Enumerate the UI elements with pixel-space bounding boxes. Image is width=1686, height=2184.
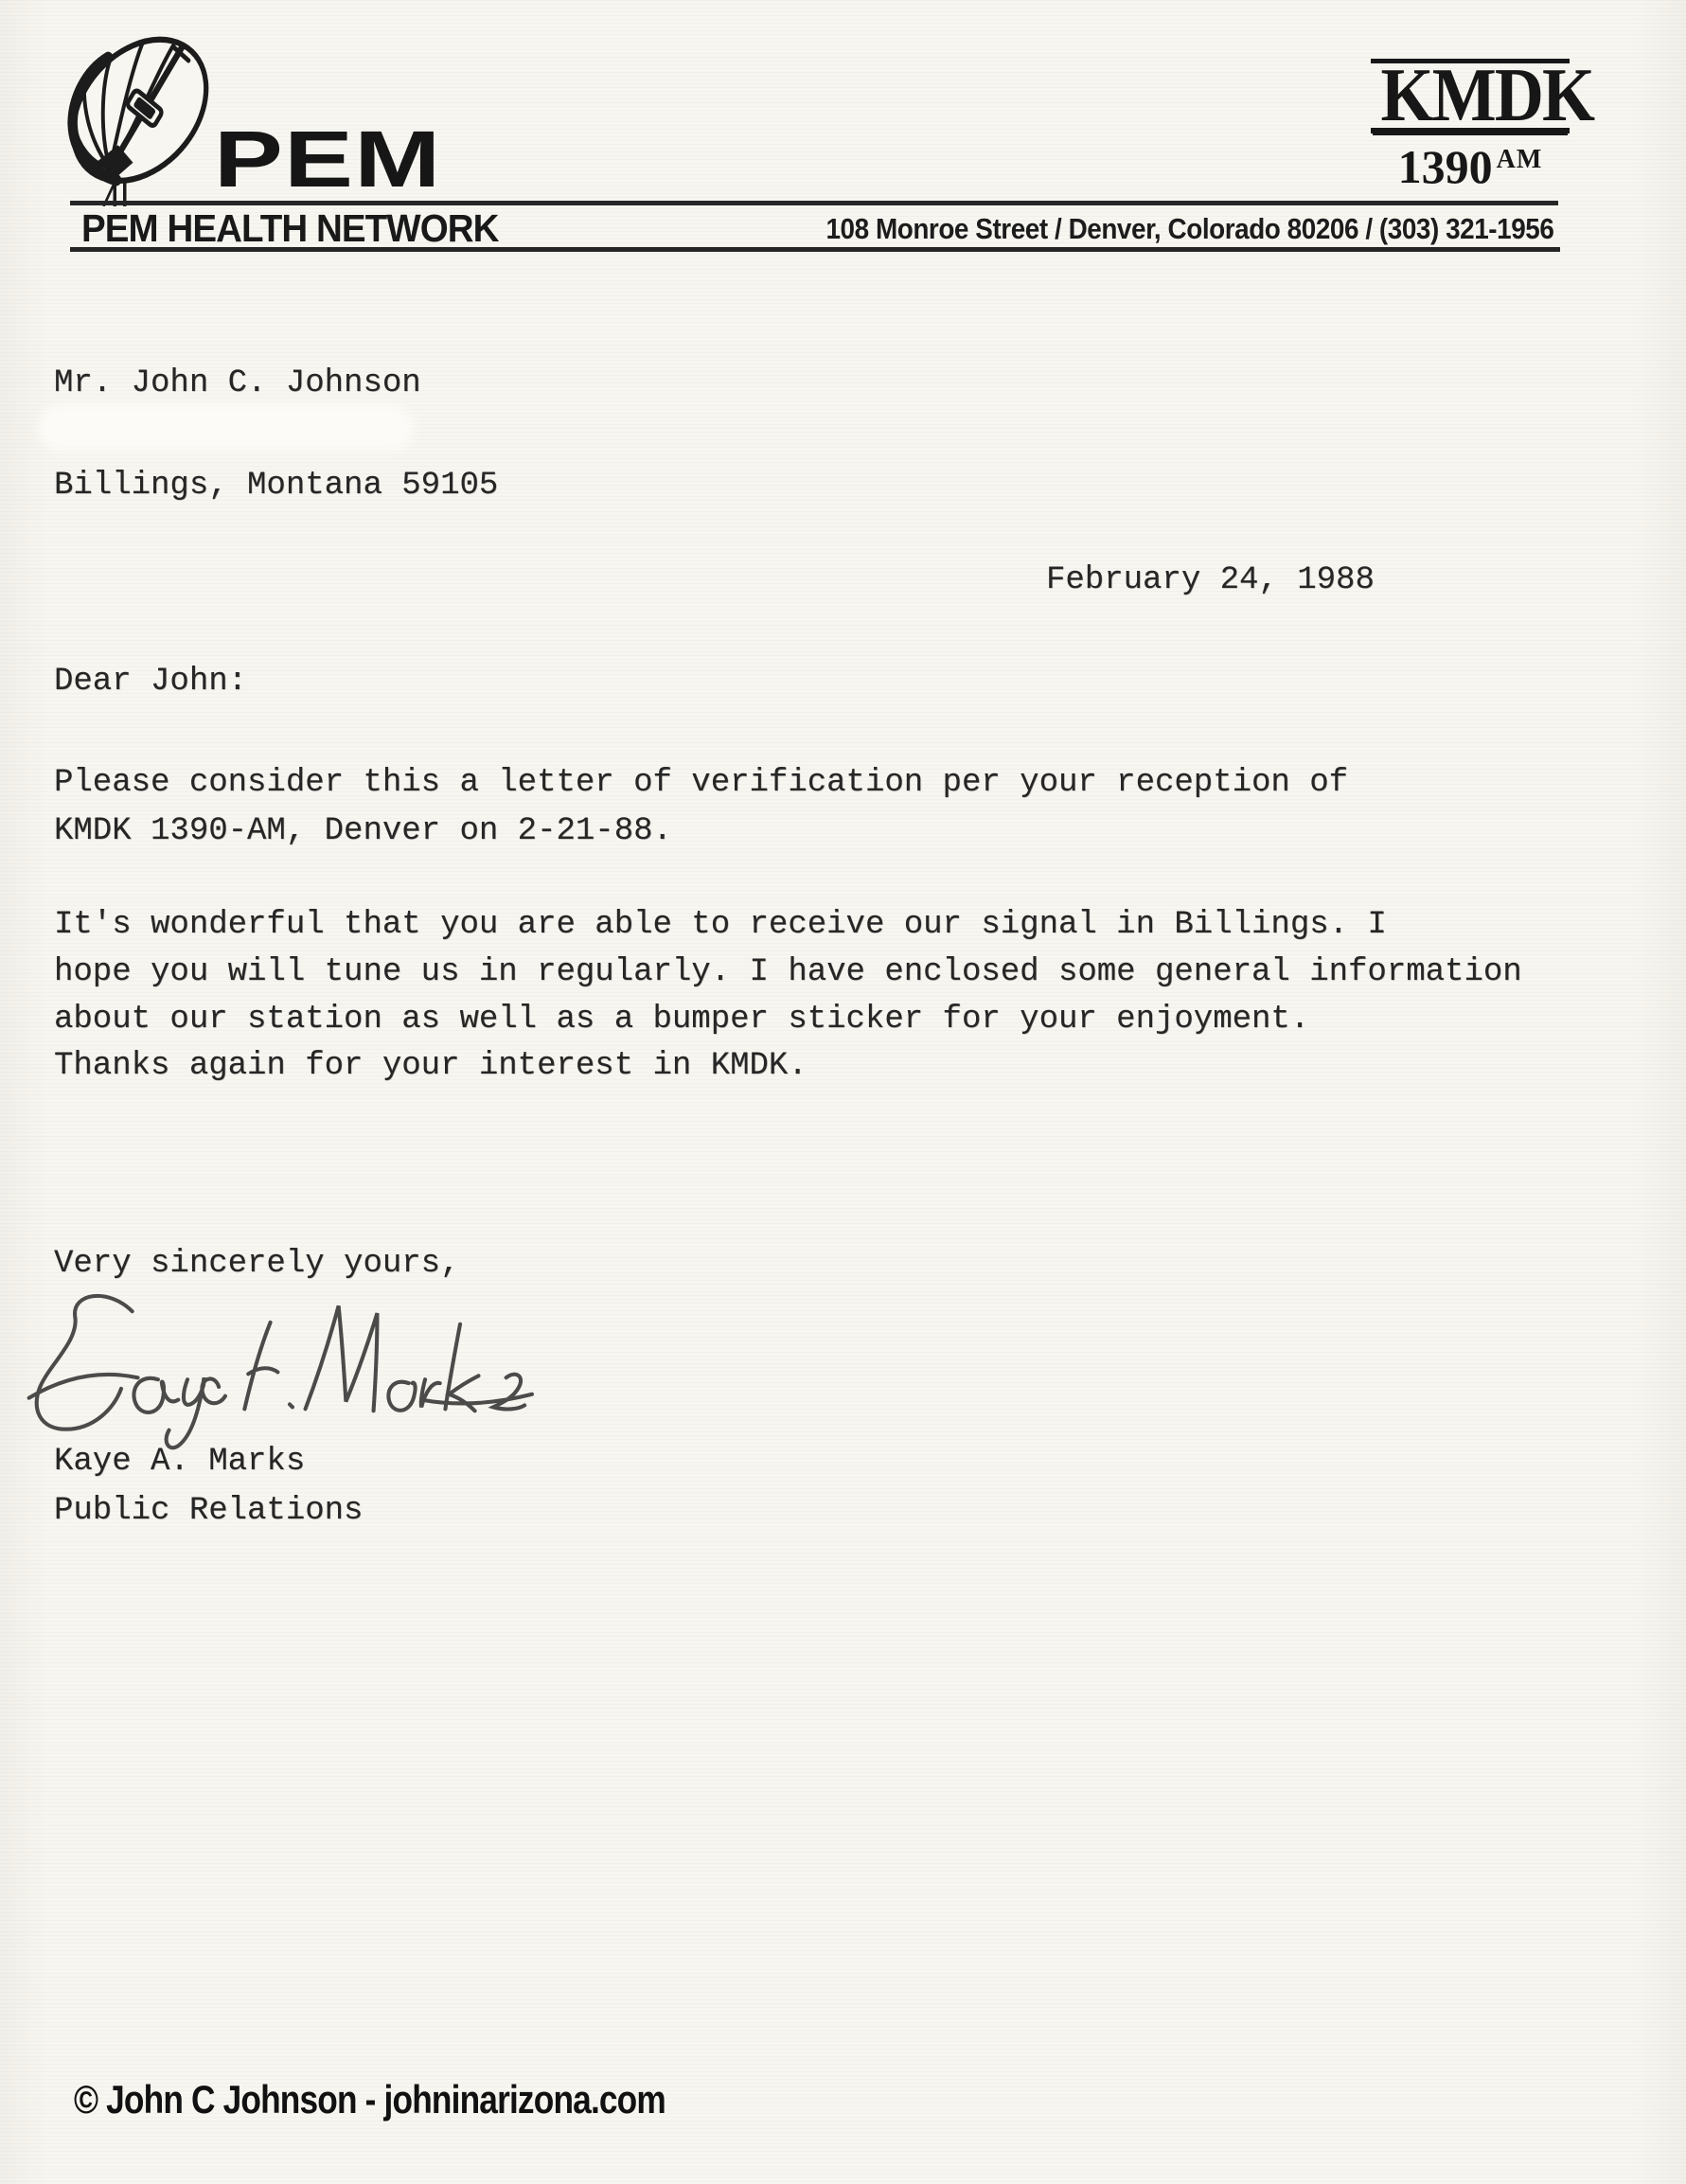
letter-date: February 24, 1988: [1046, 562, 1375, 598]
signature-image: [21, 1284, 560, 1454]
letterhead-rule-top: [70, 201, 1558, 205]
satellite-dish-icon: [57, 27, 222, 206]
footer-credit: © John C Johnson - johninarizona.com: [74, 2079, 666, 2121]
kmdk-frequency: 1390AM: [1371, 142, 1570, 185]
recipient-name: Mr. John C. Johnson: [54, 365, 421, 401]
salutation: Dear John:: [54, 664, 247, 700]
letterhead-rule-bottom: [70, 247, 1560, 252]
closing-line: Very sincerely yours,: [54, 1246, 459, 1282]
pem-logo-wordmark: PEM: [214, 123, 442, 195]
body-line: KMDK 1390-AM, Denver on 2-21-88.: [54, 813, 672, 849]
frequency-number: 1390: [1398, 140, 1493, 193]
scanned-letter-page: PEM KMDK 1390AM PEM HEALTH NETWORK 108 M…: [0, 0, 1686, 2184]
body-line: about our station as well as a bumper st…: [54, 1002, 1309, 1038]
body-line: Please consider this a letter of verific…: [54, 765, 1348, 801]
body-line: It's wonderful that you are able to rece…: [54, 907, 1387, 943]
signer-name: Kaye A. Marks: [54, 1444, 305, 1480]
recipient-city-line: Billings, Montana 59105: [54, 468, 498, 504]
kmdk-callsign: KMDK: [1381, 63, 1560, 125]
kmdk-logo: KMDK 1390AM: [1371, 59, 1570, 185]
am-band-label: AM: [1497, 145, 1543, 174]
body-line: Thanks again for your interest in KMDK.: [54, 1048, 808, 1084]
redacted-address-line: [45, 411, 407, 445]
organization-name: PEM HEALTH NETWORK: [81, 209, 499, 247]
signer-title: Public Relations: [54, 1493, 363, 1529]
body-line: hope you will tune us in regularly. I ha…: [54, 954, 1522, 990]
organization-address: 108 Monroe Street / Denver, Colorado 802…: [825, 214, 1553, 244]
